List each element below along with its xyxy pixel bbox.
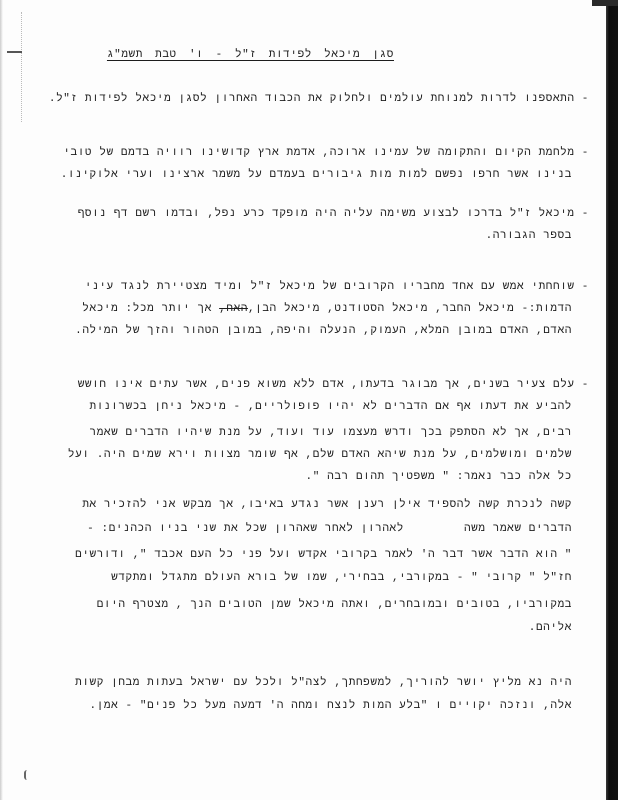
paragraph-5-line-4: שלמים ומושלמים, על מנת שיהא האדם שלם, אף…: [68, 449, 572, 461]
struck-out-word: האח,: [219, 303, 248, 315]
paragraph-4-line-2-tail: אך יותר מכל: מיכאל: [82, 303, 219, 315]
scan-top-right-corner: [592, 0, 618, 6]
paragraph-7-line-2: אלה, ונזכה יקויים ו "בלע המות לנצח ומחה …: [90, 700, 572, 712]
paragraph-7-line-1: היה נא מליץ יושר להוריך, למשפחתך, לצה"ל …: [75, 677, 572, 689]
margin-tick-mark: [7, 51, 22, 53]
paragraph-6-line-3: " הוא הדבר אשר דבר ה' לאמר בקרובי אקדש ו…: [75, 549, 572, 561]
paragraph-3-line-1: - מיכאל ז"ל בדרכו לבצוע משימה עליה היה מ…: [78, 208, 589, 220]
paragraph-5-line-5: כל אלה כבר נאמר: " משפטיך תהום רבה ".: [306, 471, 572, 483]
paragraph-2-line-1: - מלחמת הקיום והתקומה של עמינו ארוכה, אד…: [63, 147, 589, 159]
paragraph-5-line-2: להביע את דעתו אף אם הדברים לא יהיו פופול…: [90, 401, 572, 413]
paragraph-4-line-2-head: הדמות:- מיכאל החבר, מיכאל הסטודנט, מיכאל…: [248, 303, 572, 315]
paragraph-6-line-2: הדברים שאמר משהלאהרון לאחר שאהרון שכל את…: [87, 523, 572, 535]
paragraph-6-line-2-head: הדברים שאמר משה: [464, 523, 572, 535]
paragraph-5-line-3: רבים, אך לא הסתפק בכך ודרש מעצמו עוד ועו…: [90, 427, 572, 439]
paragraph-6-line-6: אליהם.: [529, 622, 572, 634]
scan-left-shadow: [0, 0, 3, 800]
paragraph-6-line-4: חז"ל " קרובי " - במקורבי, בבחירי, שמו של…: [111, 572, 572, 584]
paragraph-4-line-3: האדם, האדם במובן המלא, העמוק, הנעלה והיפ…: [75, 325, 572, 337]
paragraph-2-line-2: בנינו אשר חרפו נפשם למות מות גיבורים בעמ…: [61, 169, 572, 181]
scan-right-dark-edge: [606, 0, 618, 800]
document-title: סגן מיכאל לפידות ז"ל - ו' טבת תשמ"ג: [107, 49, 394, 61]
paragraph-4-line-2: הדמות:- מיכאל החבר, מיכאל הסטודנט, מיכאל…: [82, 303, 572, 315]
paragraph-4-line-1: - שוחחתי אמש עם אחד מחבריו הקרובים של מי…: [85, 281, 589, 293]
paragraph-6-line-5: במקורביו, בטובים ובמובחרים, ואתה מיכאל ש…: [97, 599, 572, 611]
paragraph-3-line-2: בספר הגבורה.: [486, 230, 572, 242]
bottom-margin-mark: [24, 770, 29, 780]
paragraph-5-line-1: - עלם צעיר בשנים, אך מבוגר בדעתו, אדם לל…: [78, 379, 589, 391]
punch-margin-line: [21, 12, 23, 122]
paragraph-6-line-2-tail: לאהרון לאחר שאהרון שכל את שני בניו הכהני…: [87, 523, 404, 535]
paragraph-6-line-1: קשה לנכרת קשה להספיד אילן רענן אשר נגדע …: [82, 499, 572, 511]
paragraph-1-line-1: - התאספנו לדרות למנוחת עולמים ולחלוק את …: [49, 93, 589, 105]
